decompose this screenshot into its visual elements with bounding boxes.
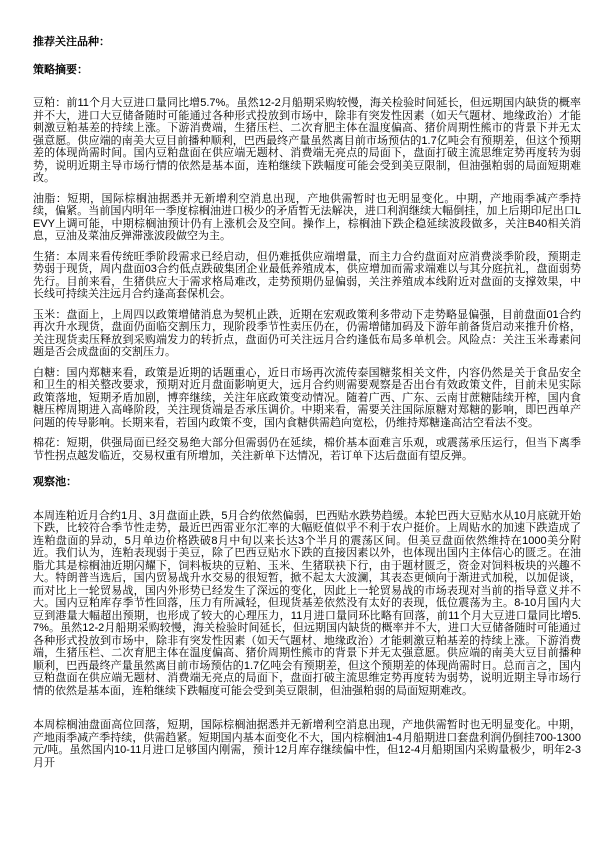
summary-hogs-paragraph: 生猪：本周来看传统旺季阶段需求已经启动，但仍难抵供应端增量，而主力合约盘面对应消… <box>33 251 581 301</box>
summary-sugar-paragraph: 白糖：国内郑糖来看，政策是近期的话题重心，近日市场再次流传泰国糖浆相关文件，内容… <box>33 367 581 430</box>
summary-cotton-paragraph: 棉花：短期，供强局面已经交易绝大部分但需弱仍在延续，棉价基本面难言乐观，或震荡承… <box>33 437 581 462</box>
watchlist-meal-review-paragraph: 本周连粕近月合约1月、3月盘面止跌，5月合约依然偏弱，巴西贴水跌势趋缓。本轮巴西… <box>33 510 581 698</box>
watchlist-palm-review-paragraph: 本周棕榈油盘面高位回落，短期，国际棕榈油据悉并无新增利空消息出现，产地供需暂时也… <box>33 719 581 769</box>
summary-corn-paragraph: 玉米：盘面上，上周四以政策增储消息为契机止跌，近期在宏观政策利多带动下走势略显偏… <box>33 309 581 359</box>
summary-oils-paragraph: 油脂：短期，国际棕榈油据悉并无新增利空消息出现，产地供需暂时也无明显变化。中期，… <box>33 193 581 243</box>
report-page: 推荐关注品种： 策略摘要： 豆粕：前11个月大豆进口量同比增5.7%。虽然12-… <box>0 0 595 842</box>
summary-soybean-meal-paragraph: 豆粕：前11个月大豆进口量同比增5.7%。虽然12-2月船期采购较慢，海关检验时… <box>33 97 581 185</box>
strategy-summary-title: 策略摘要： <box>33 64 581 77</box>
recommend-varieties-title: 推荐关注品种： <box>33 36 581 49</box>
watchlist-title: 观察池： <box>33 476 581 489</box>
